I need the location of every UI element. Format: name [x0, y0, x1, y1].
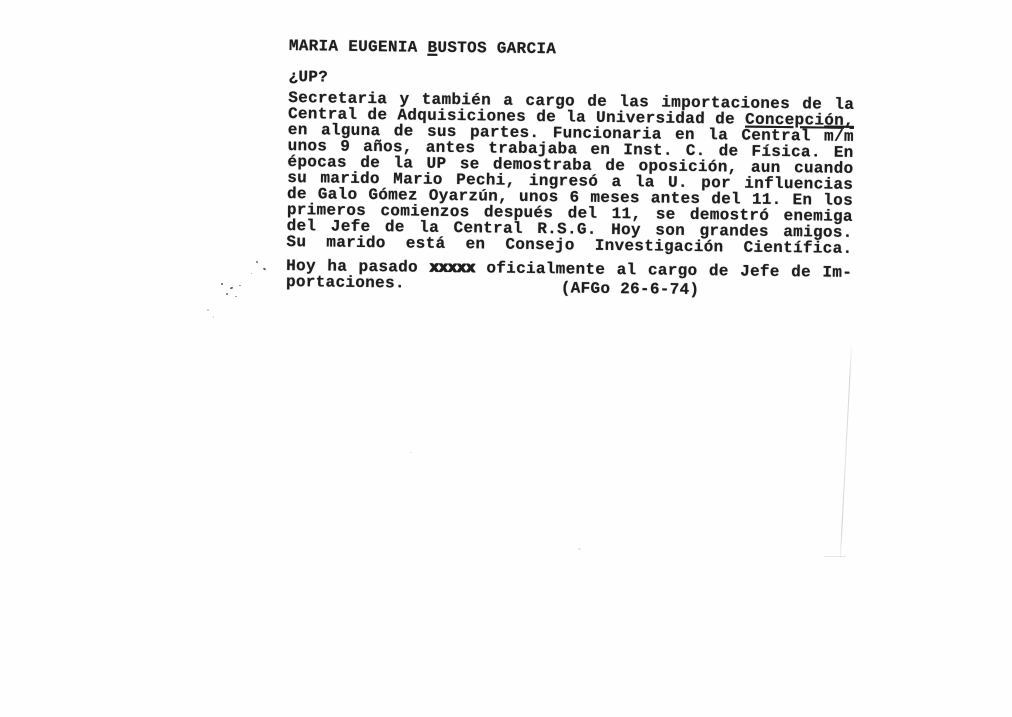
title-underlined-letter: B — [427, 39, 437, 57]
paper-crease-line — [840, 345, 852, 558]
paper-crease-tail — [824, 556, 846, 557]
title-text-pre: MARIA EUGENIA — [289, 37, 428, 57]
update-paragraph: Hoy ha pasado xxxxx oficialmente al carg… — [286, 258, 852, 297]
struck-out-word: xxxxx — [429, 259, 475, 278]
main-paragraph: Secretaria y también a cargo de las impo… — [286, 90, 854, 257]
ink-smudge — [578, 548, 581, 550]
document-title: MARIA EUGENIA BUSTOS GARCIA — [289, 38, 855, 61]
question-line: ¿UP? — [288, 69, 854, 92]
archive-reference: (AFGo 26-6-74) — [561, 279, 700, 299]
typewritten-text-block: MARIA EUGENIA BUSTOS GARCIA ¿UP? Secreta… — [286, 36, 855, 297]
ink-smudge — [410, 452, 412, 453]
ink-smudge — [235, 296, 237, 297]
ink-smudge — [251, 273, 252, 274]
ink-smudge — [221, 283, 223, 285]
ink-smudge — [239, 285, 241, 286]
line-text: portaciones. — [286, 273, 405, 292]
ink-smudge — [230, 286, 234, 289]
ink-smudge — [256, 261, 258, 263]
title-text-post: USTOS GARCIA — [437, 39, 556, 58]
scanned-document-page: MARIA EUGENIA BUSTOS GARCIA ¿UP? Secreta… — [0, 0, 1012, 717]
ink-smudge — [263, 267, 267, 270]
ink-smudge — [226, 293, 228, 295]
ink-smudge — [213, 316, 214, 318]
ink-smudge — [207, 309, 209, 311]
